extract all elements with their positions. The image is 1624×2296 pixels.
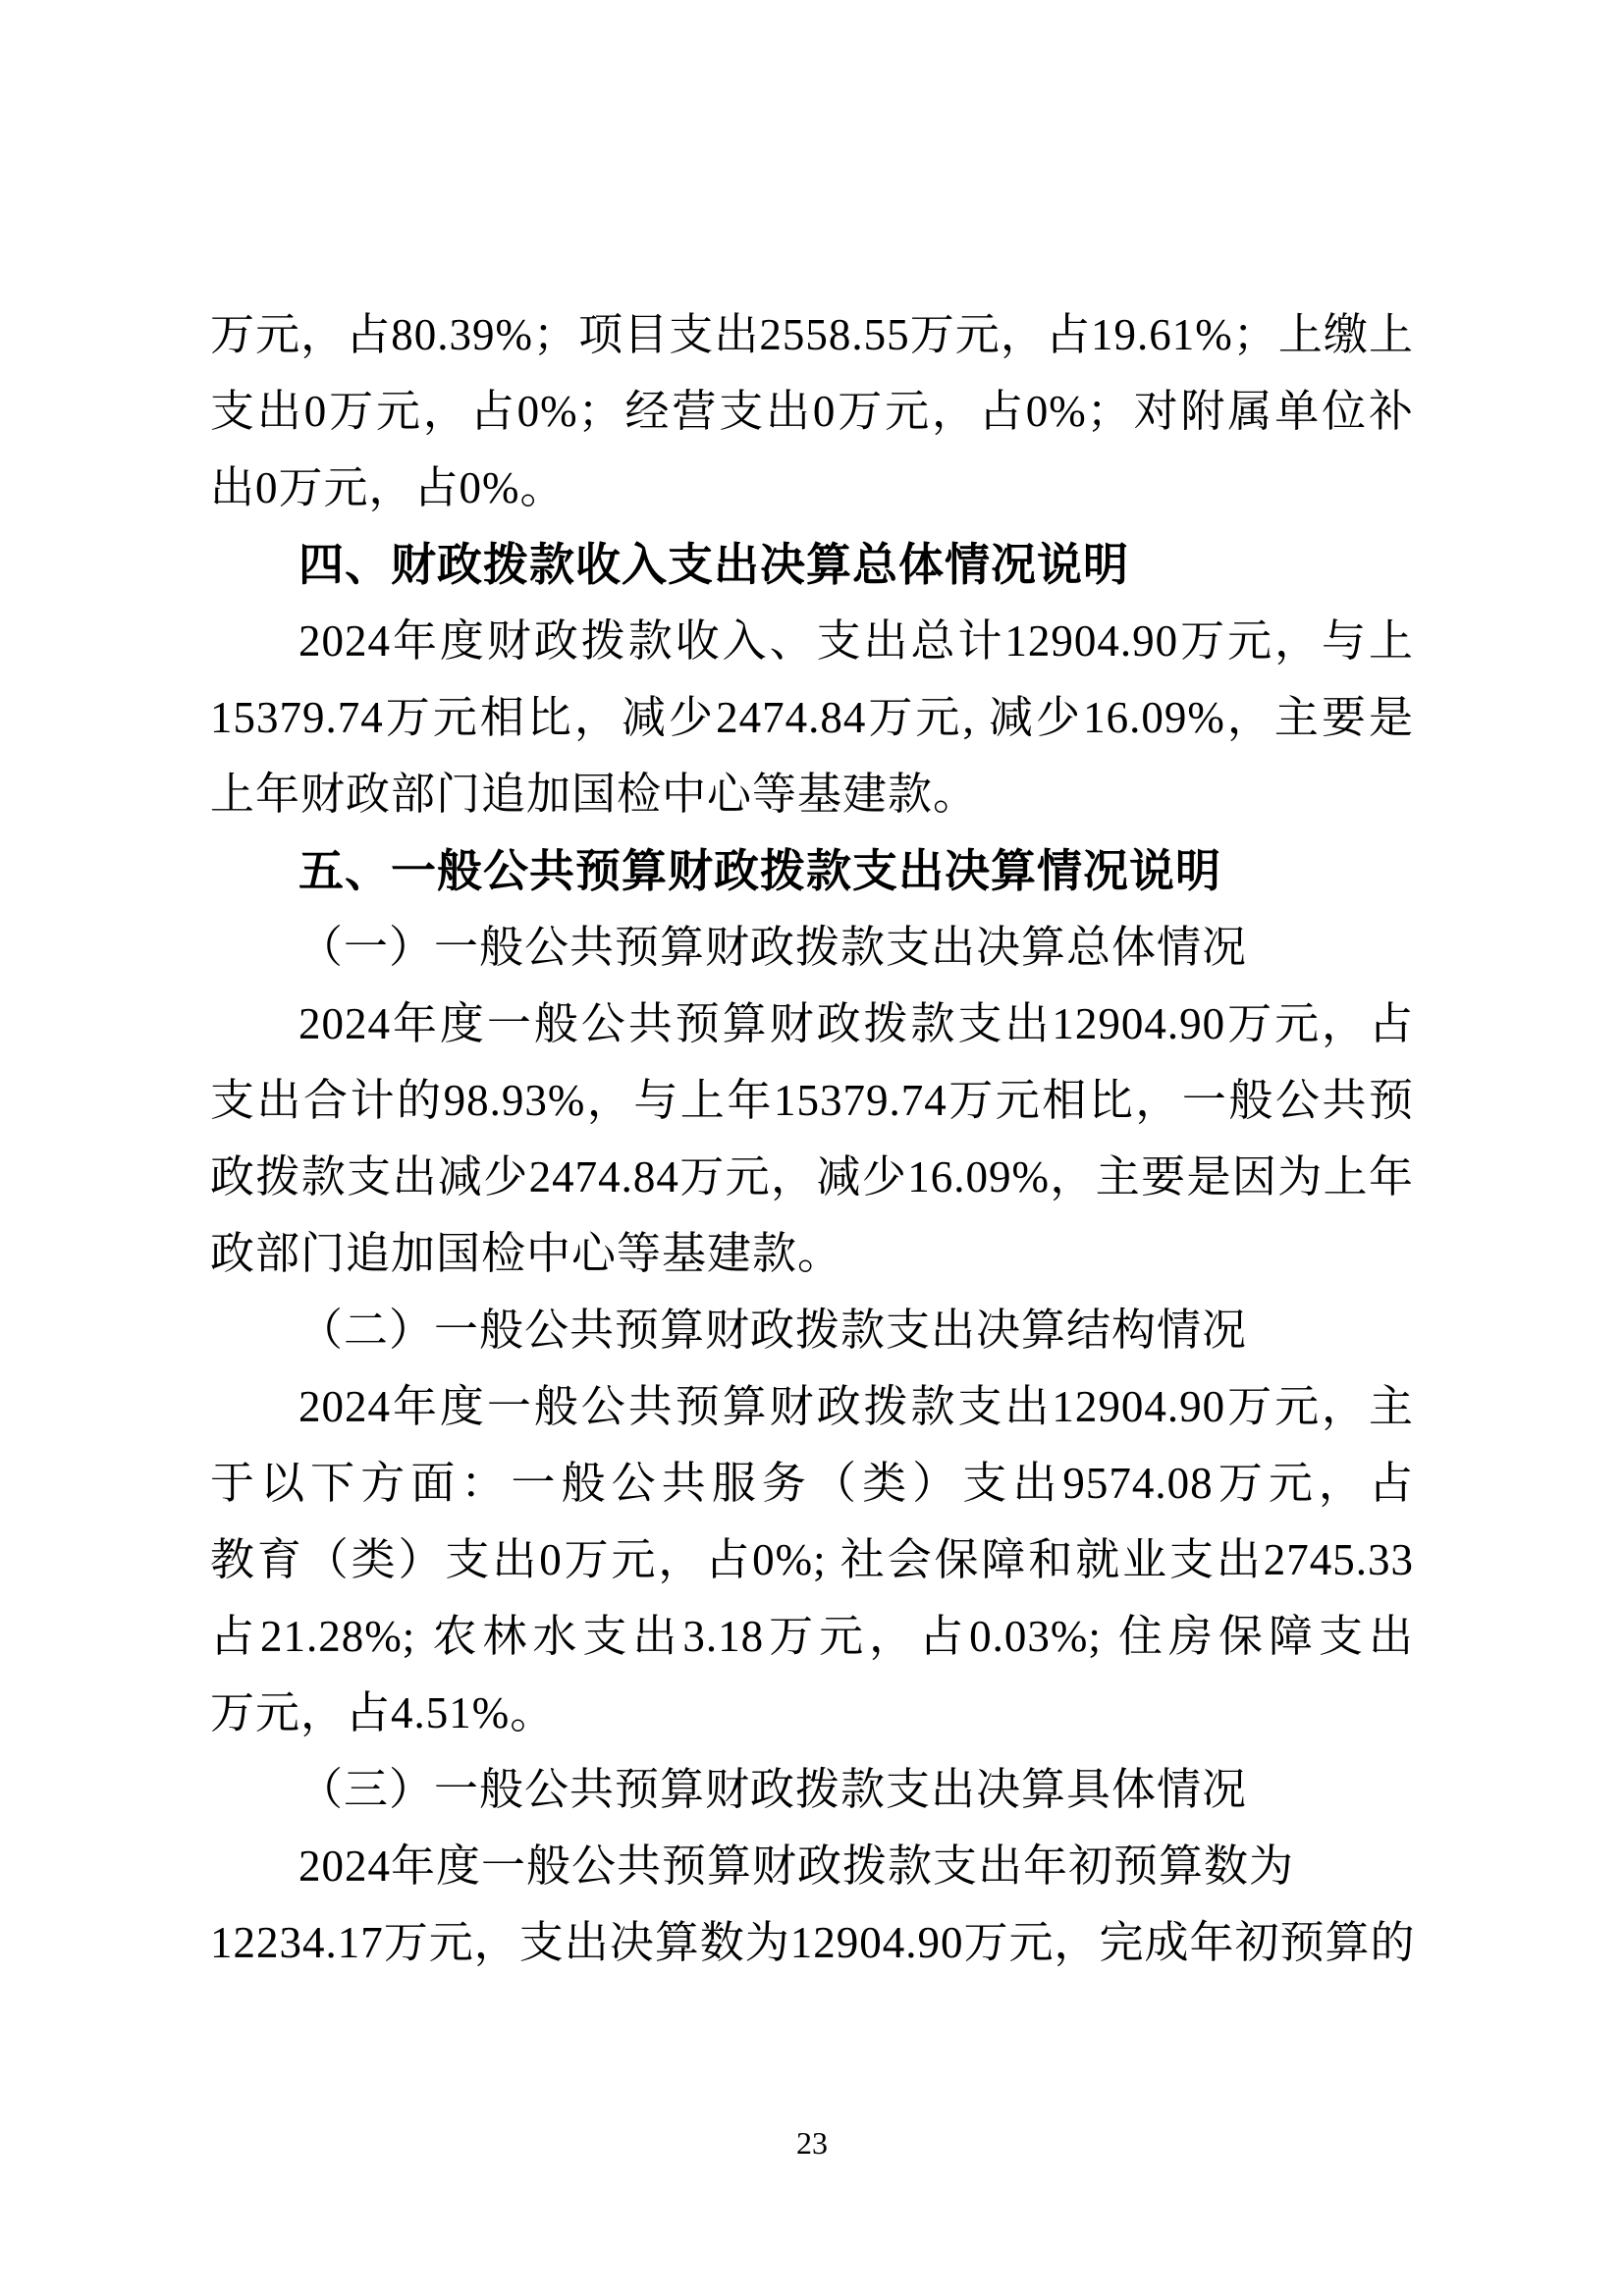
subsection-3-heading: （三）一般公共预算财政拨款支出决算具体情况 [210, 1751, 1414, 1828]
body-line: 上年财政部门追加国检中心等基建款。 [210, 756, 1414, 832]
body-line: 2024年度一般公共预算财政拨款支出12904.90万元，主要用 [210, 1368, 1414, 1445]
body-line: 万元，占4.51%。 [210, 1675, 1414, 1751]
body-line: 12234.17万元，支出决算数为12904.90万元，完成年初预算的 [210, 1904, 1414, 1981]
document-page: 万元，占80.39%；项目支出2558.55万元，占19.61%；上缴上级 支出… [0, 0, 1624, 2296]
document-body: 万元，占80.39%；项目支出2558.55万元，占19.61%；上缴上级 支出… [210, 296, 1414, 1981]
body-line: 2024年度一般公共预算财政拨款支出年初预算数为 [210, 1828, 1414, 1904]
body-line: 2024年度一般公共预算财政拨款支出12904.90万元，占本年 [210, 986, 1414, 1062]
subsection-2-heading: （二）一般公共预算财政拨款支出决算结构情况 [210, 1292, 1414, 1368]
body-line: 教育（类）支出0万元，占0%; 社会保障和就业支出2745.33万元， [210, 1522, 1414, 1598]
body-line: 万元，占80.39%；项目支出2558.55万元，占19.61%；上缴上级 [210, 296, 1414, 373]
page-number: 23 [0, 2123, 1624, 2163]
section-4-heading: 四、财政拨款收入支出决算总体情况说明 [210, 526, 1414, 603]
body-line: 于以下方面：一般公共服务（类）支出9574.08万元，占74.19%; [210, 1445, 1414, 1522]
body-line: 占21.28%; 农林水支出3.18万元，占0.03%; 住房保障支出582.3… [210, 1598, 1414, 1675]
body-line: 支出0万元，占0%；经营支出0万元，占0%；对附属单位补助支 [210, 373, 1414, 450]
body-line: 出0万元，占0%。 [210, 450, 1414, 526]
body-line: 15379.74万元相比，减少2474.84万元, 减少16.09%，主要是因为 [210, 679, 1414, 756]
body-line: 政部门追加国检中心等基建款。 [210, 1215, 1414, 1292]
body-line: 支出合计的98.93%，与上年15379.74万元相比，一般公共预算财 [210, 1062, 1414, 1139]
body-line: 政拨款支出减少2474.84万元，减少16.09%，主要是因为上年财 [210, 1139, 1414, 1215]
subsection-1-heading: （一）一般公共预算财政拨款支出决算总体情况 [210, 909, 1414, 986]
body-line: 2024年度财政拨款收入、支出总计12904.90万元，与上年 [210, 603, 1414, 679]
section-5-heading: 五、一般公共预算财政拨款支出决算情况说明 [210, 832, 1414, 909]
